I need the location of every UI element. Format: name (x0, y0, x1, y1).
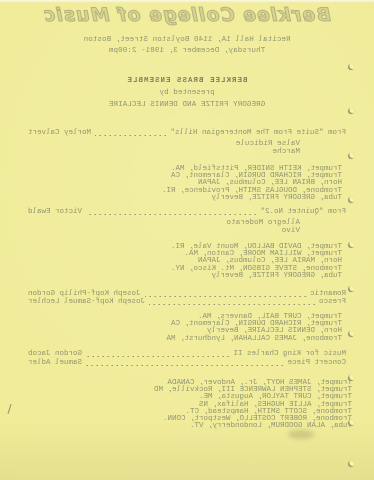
binding-hole-icon (348, 375, 354, 381)
program-entry-4a: Music for King Charles II Gordon Jacob (28, 351, 346, 359)
piece-title: Music for King Charles II (233, 351, 346, 359)
binding-hole-icon (348, 64, 354, 70)
personnel-list-4: Trumpet, JAMES HOYT, Jr., Andover, CANAD… (154, 380, 352, 430)
program-entry-2: From "Quintet No.2" Victor Ewald (28, 209, 346, 217)
binding-hole-icon (348, 242, 354, 248)
binding-hole-icon (348, 197, 354, 203)
personnel-line: Tuba, GREGORY FRITZE, Beverly (171, 273, 342, 280)
personnel-line: Tuba, GREGORY FRITZE, Beverly (162, 195, 342, 202)
dot-leader (149, 304, 315, 306)
piece-title: Concert Piece (287, 360, 346, 368)
program-entry-1: From "Suite From The Monteregian Hills" … (28, 130, 346, 138)
dot-leader (86, 214, 256, 216)
piece-title: Fresco (319, 299, 346, 307)
movement: Marche (272, 149, 300, 156)
composer-name: Morley Calvert (28, 130, 91, 138)
dot-leader (86, 356, 229, 358)
presented-by-label: presented by (0, 90, 374, 97)
binding-hole-icon (348, 331, 354, 337)
piece-title: From "Suite From The Monteregian Hills" (170, 130, 346, 138)
program-entry-3b: Fresco Joseph Kopf-Samuel Lechler (28, 299, 346, 307)
mirrored-content-layer: Berklee College of Music Recital Hall 1A… (0, 0, 374, 480)
binding-hole-icon (348, 153, 354, 159)
binding-hole-icon (348, 108, 354, 114)
ensemble-title: BERKLEE BRASS ENSEMBLE (0, 78, 374, 85)
personnel-line: Trombone, JAMES CALLAHAN, Lyndhurst, MA (166, 336, 342, 343)
binding-hole-icon (348, 420, 354, 426)
personnel-list-3: Trumpet, CURT BAIL, Danvers, MA. Trumpet… (166, 314, 342, 343)
scanned-program-page: Berklee College of Music Recital Hall 1A… (0, 0, 374, 480)
date-line: Thursday, December 3, 1981- 2:00pm (0, 48, 374, 55)
piece-title: From "Quintet No.2" (260, 209, 346, 217)
dot-leader (95, 135, 166, 137)
dot-leader (86, 364, 283, 366)
composer-name: Victor Ewald (28, 209, 82, 217)
directors-line: GREGORY FRITZE AND DENNIS LECLAIRE (0, 102, 374, 109)
binding-hole-icon (348, 461, 354, 467)
venue-line: Recital Hall 1A, 1140 Boylston Street, B… (0, 37, 374, 44)
dot-leader (145, 296, 306, 298)
paper-smudge (288, 430, 314, 439)
binding-hole-icon (348, 286, 354, 292)
composer-name: Samuel Adler (28, 360, 82, 368)
personnel-list-1: Trumpet, KEITH SNIDER, Pittsfield, MA. T… (162, 166, 342, 202)
personnel-list-2: Trumpet, DAVID BALLOU, Mount Vale, RI. T… (171, 244, 342, 280)
personnel-line: Trombone, ROBERT COSTELLO, Westport, CON… (154, 416, 352, 423)
composer-name: Gordon Jacob (28, 351, 82, 359)
movement: Vivo (282, 228, 300, 235)
personnel-line: Tuba, ALAN GOODRUM, Londonderry, VT. (154, 423, 352, 430)
program-entry-4b: Concert Piece Samuel Adler (28, 360, 346, 368)
berklee-logo: Berklee College of Music (0, 4, 374, 26)
composer-name: Joseph Kopf-Samuel Lechler (28, 299, 145, 307)
